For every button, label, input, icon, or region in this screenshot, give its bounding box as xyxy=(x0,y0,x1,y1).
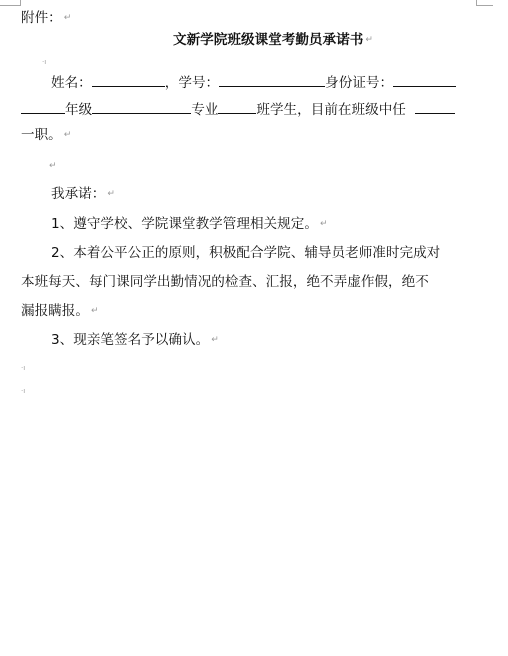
grade-field[interactable] xyxy=(21,99,65,114)
paragraph-mark-icon: ↵ xyxy=(107,189,115,199)
page-corner-mark-top-right xyxy=(476,0,493,6)
promise-item-2-line-2: 本班每天、每门课同学出勤情况的检查、汇报，绝不弄虚作假，绝不 xyxy=(21,273,429,291)
document-title: 文新学院班级课堂考勤员承诺书 xyxy=(173,32,363,48)
promise-heading: 我承诺： xyxy=(51,186,105,202)
paragraph-mark-icon: ↵ xyxy=(64,130,72,140)
position-suffix: 一职。 xyxy=(21,127,62,143)
promise-item-2-line-3: 漏报瞒报。↵ xyxy=(21,302,99,320)
id-card-field[interactable] xyxy=(393,72,456,87)
promise-text: 漏报瞒报。 xyxy=(21,303,89,319)
paragraph-mark-icon: ↵ xyxy=(320,219,328,229)
promise-item-1: 1、遵守学校、学院课堂教学管理相关规定。↵ xyxy=(51,215,327,233)
promise-item-3: 3、现亲笔签名予以确认。↵ xyxy=(51,331,219,349)
document-page: 附件：↵ 文新学院班级课堂考勤员承诺书↵ ·ı 姓名：，学号：身份证号： 年级专… xyxy=(0,0,508,656)
empty-paragraph-mark-icon: ·ı xyxy=(42,58,46,66)
paragraph-mark-icon: ↵ xyxy=(64,13,72,23)
promise-heading-line: 我承诺：↵ xyxy=(51,185,115,203)
grade-label: 年级 xyxy=(65,102,92,118)
promise-text: 3、现亲笔签名予以确认。 xyxy=(51,332,209,348)
form-line-2: 年级专业班学生，目前在班级中任 xyxy=(21,99,455,119)
title-line: 文新学院班级课堂考勤员承诺书↵ xyxy=(173,31,373,49)
major-label: 专业 xyxy=(191,102,218,118)
promise-item-2-line-1: 2、本着公平公正的原则，积极配合学院、辅导员老师准时完成对 xyxy=(51,244,440,262)
empty-paragraph-mark-icon: ·ı xyxy=(21,387,25,395)
paragraph-mark-icon: ↵ xyxy=(91,306,99,316)
attachment-label: 附件： xyxy=(21,10,62,26)
paragraph-mark-icon: ↵ xyxy=(49,161,57,171)
attachment-line: 附件：↵ xyxy=(21,9,71,27)
paragraph-mark-icon: ↵ xyxy=(211,335,219,345)
empty-paragraph-mark-icon: ·ı xyxy=(21,364,25,372)
id-card-label: 身份证号： xyxy=(325,75,393,91)
class-field[interactable] xyxy=(218,99,256,114)
name-field[interactable] xyxy=(92,72,165,87)
paragraph-mark-icon: ↵ xyxy=(365,35,373,45)
form-line-1: 姓名：，学号：身份证号： xyxy=(51,72,456,92)
major-field[interactable] xyxy=(92,99,191,114)
student-id-field[interactable] xyxy=(219,72,325,87)
class-label: 班学生，目前在班级中任 xyxy=(256,102,406,118)
student-id-label: ，学号： xyxy=(165,75,219,91)
form-line-3: 一职。↵ xyxy=(21,126,71,144)
page-corner-mark-top-left xyxy=(0,0,21,6)
empty-paragraph: ↵ xyxy=(49,157,57,175)
promise-text: 本班每天、每门课同学出勤情况的检查、汇报，绝不弄虚作假，绝不 xyxy=(21,274,429,290)
position-field[interactable] xyxy=(415,99,455,114)
name-label: 姓名： xyxy=(51,75,92,91)
promise-text: 1、遵守学校、学院课堂教学管理相关规定。 xyxy=(51,216,318,232)
promise-text: 2、本着公平公正的原则，积极配合学院、辅导员老师准时完成对 xyxy=(51,245,440,261)
